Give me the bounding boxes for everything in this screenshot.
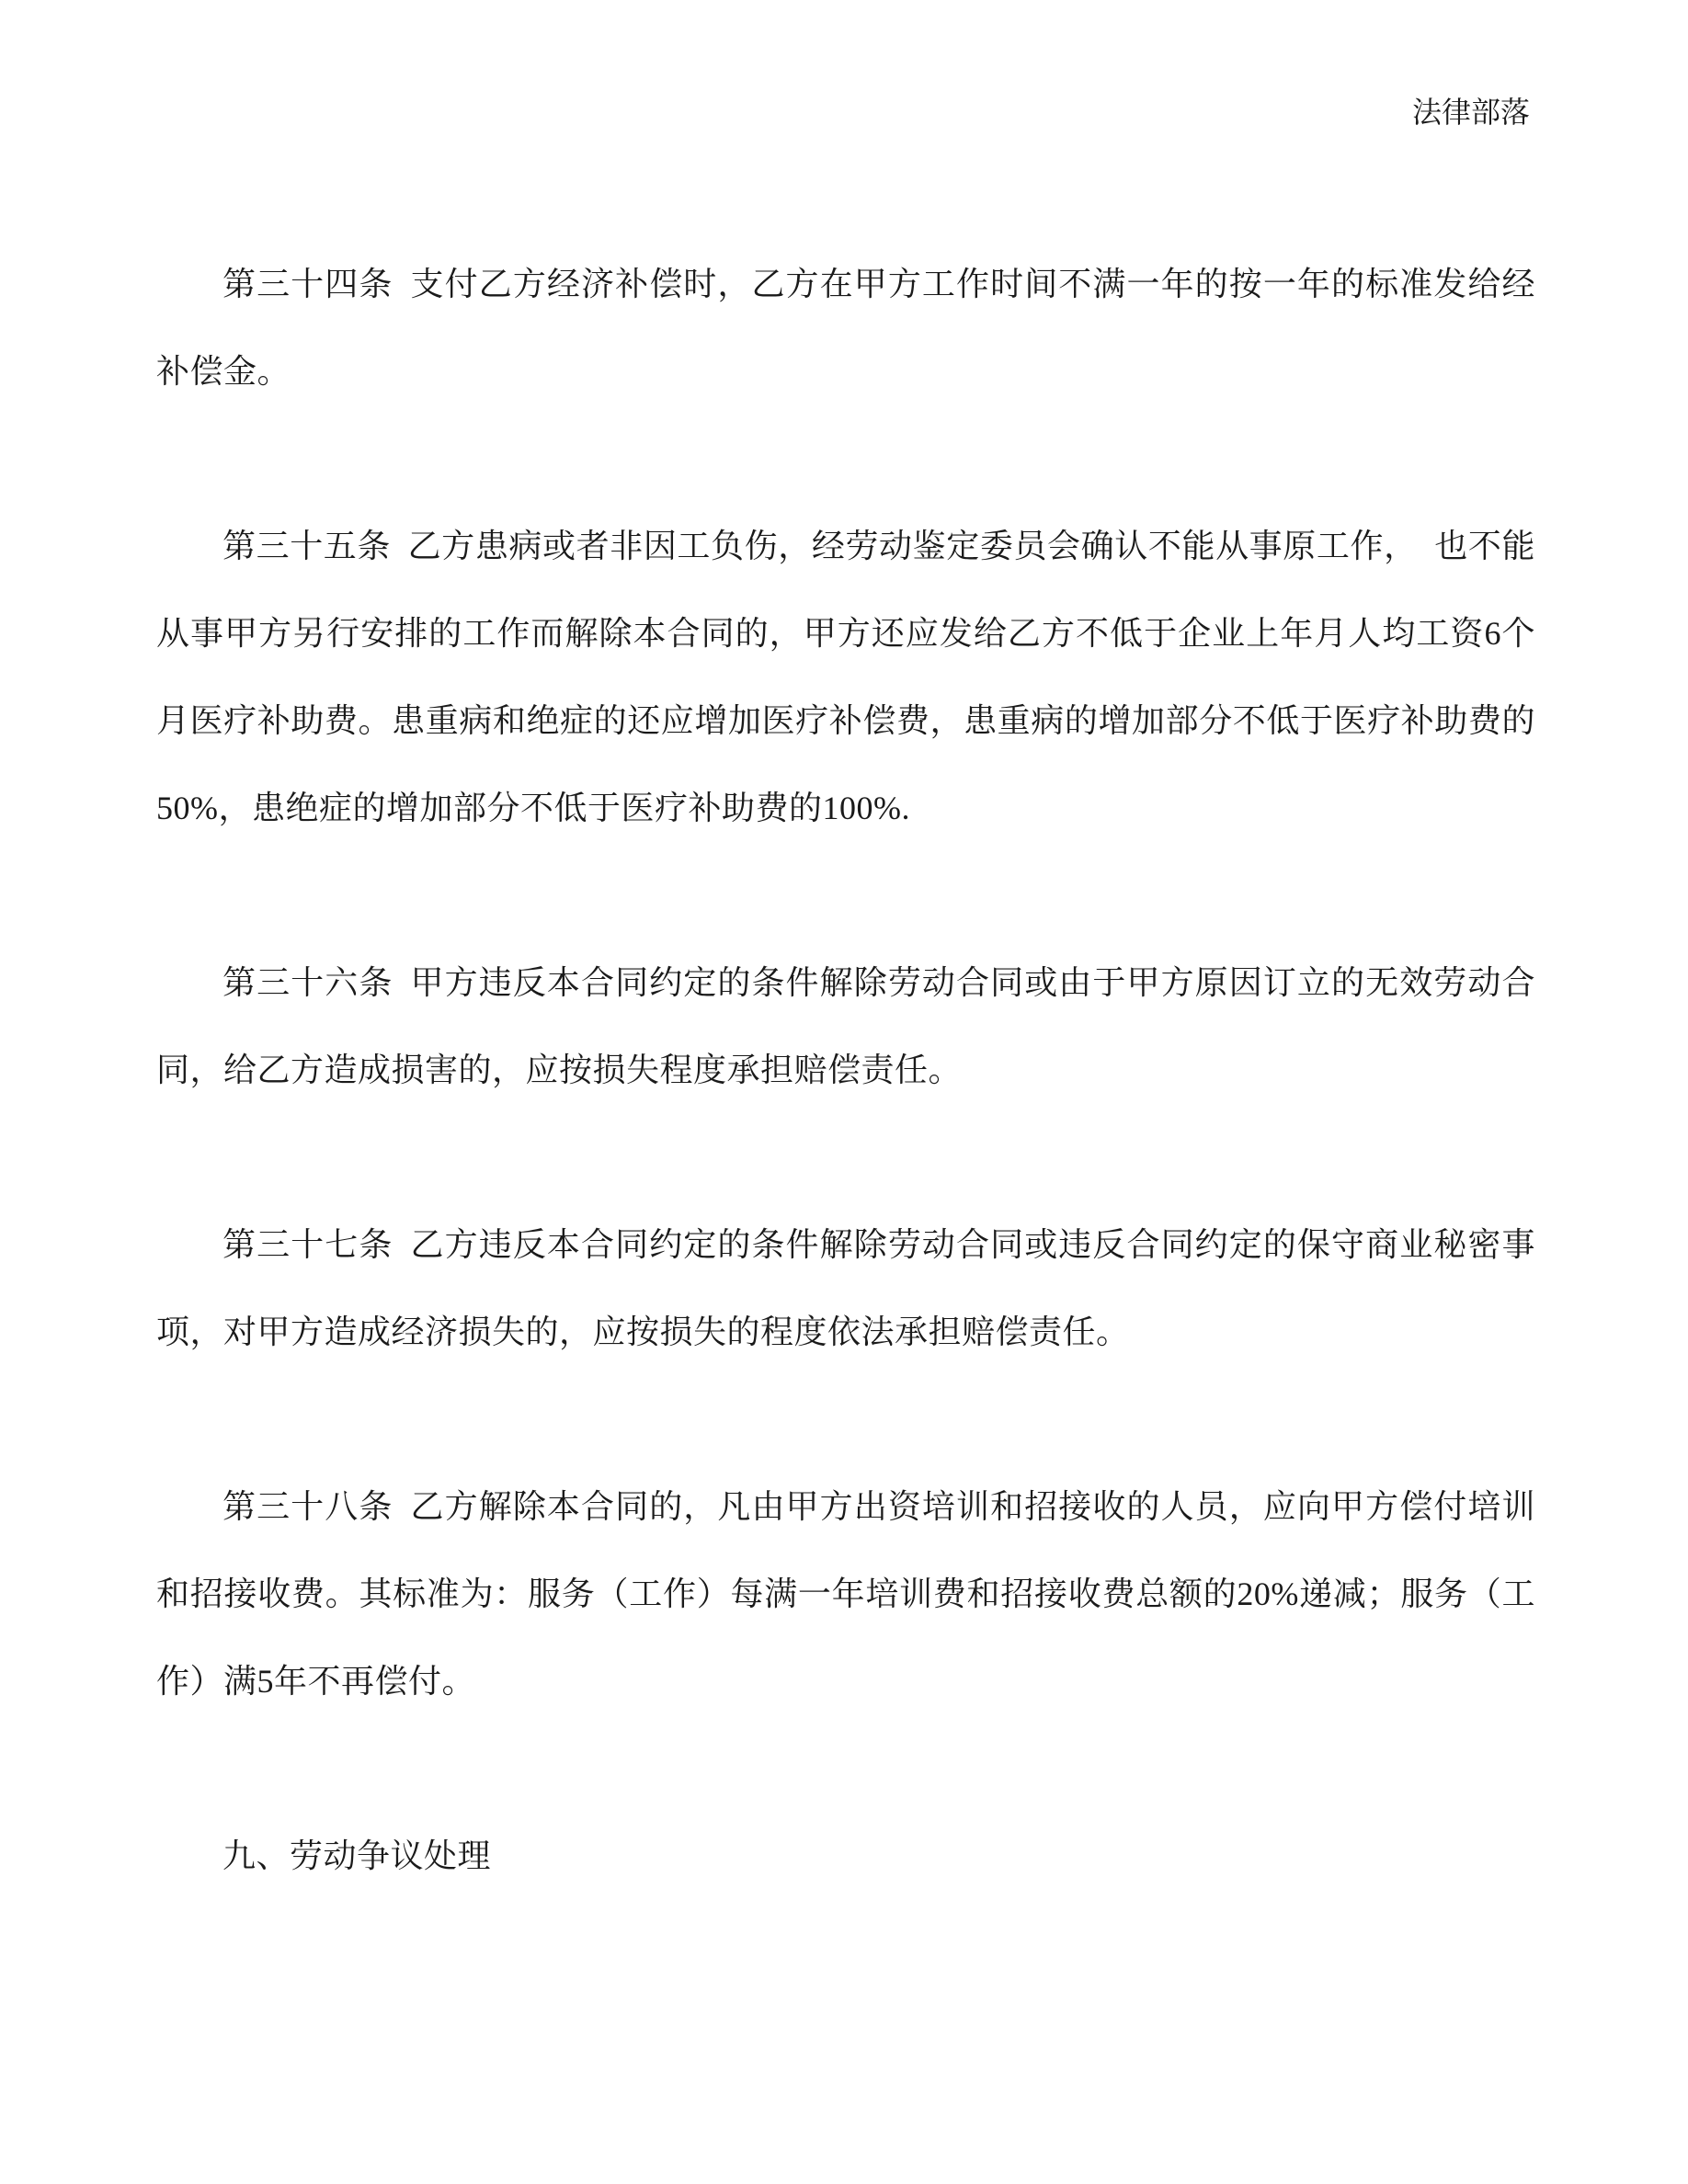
contract-body: 第三十四条 支付乙方经济补偿时，乙方在甲方工作时间不满一年的按一年的标准发给经补… — [156, 241, 1535, 1900]
document-page: 法律部落 第三十四条 支付乙方经济补偿时，乙方在甲方工作时间不满一年的按一年的标… — [0, 0, 1688, 2184]
clause-35-paragraph: 第三十五条 乙方患病或者非因工负伤，经劳动鉴定委员会确认不能从事原工作， 也不能… — [156, 503, 1535, 852]
clause-37-paragraph: 第三十七条 乙方违反本合同约定的条件解除劳动合同或违反合同约定的保守商业秘密事项… — [156, 1201, 1535, 1376]
clause-34-paragraph: 第三十四条 支付乙方经济补偿时，乙方在甲方工作时间不满一年的按一年的标准发给经补… — [156, 241, 1535, 415]
clause-36-paragraph: 第三十六条 甲方违反本合同约定的条件解除劳动合同或由于甲方原因订立的无效劳动合同… — [156, 939, 1535, 1114]
clause-38-paragraph: 第三十八条 乙方解除本合同的，凡由甲方出资培训和招接收的人员，应向甲方偿付培训和… — [156, 1463, 1535, 1725]
page-header-watermark: 法律部落 — [1412, 92, 1530, 132]
section-9-heading: 九、劳动争议处理 — [156, 1813, 1535, 1900]
